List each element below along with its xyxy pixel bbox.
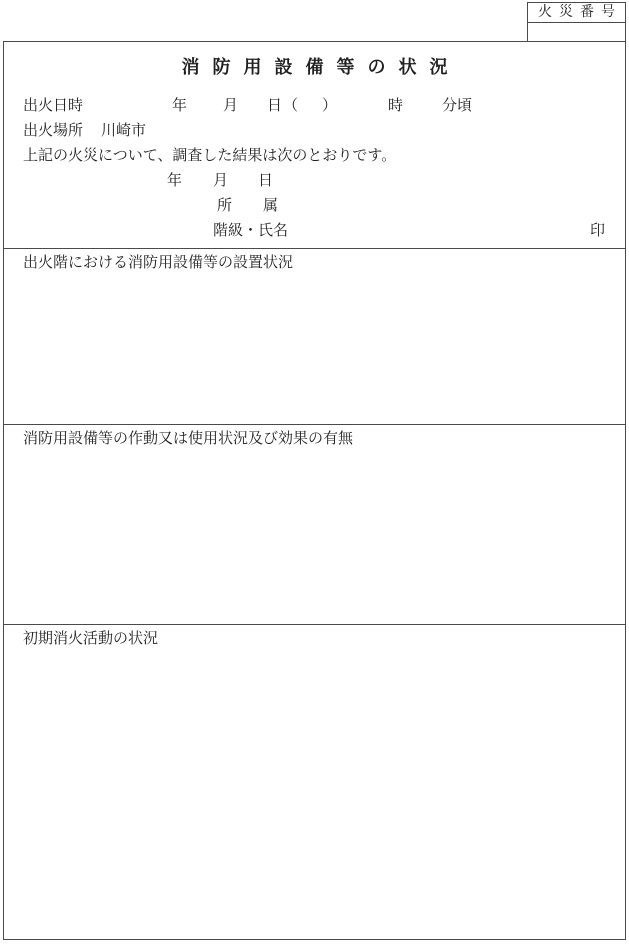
report-date-row: 年 月 日 [4, 169, 625, 194]
weekday-paren-close: ） [322, 94, 337, 119]
fire-location-value: 川崎市 [101, 119, 146, 144]
seal-mark: 印 [590, 219, 605, 244]
report-month-label: 月 [213, 169, 228, 194]
minute-unit-label: 分頃 [442, 94, 472, 119]
affiliation-label-right: 属 [263, 194, 278, 219]
report-year-label: 年 [167, 169, 182, 194]
form-frame: 消防用設備等の状況 出火日時 年 月 日 （ ） 時 分頃 出火場所 川崎市 [3, 41, 626, 940]
statement-row: 上記の火災について、調査した結果は次のとおりです。 [4, 144, 625, 169]
statement-text: 上記の火災について、調査した結果は次のとおりです。 [23, 148, 396, 164]
rank-name-row: 階級・氏名 印 [4, 219, 625, 244]
section-initial-firefighting-body [5, 651, 624, 938]
year-unit-label: 年 [172, 94, 187, 119]
fire-number-value-field [528, 23, 625, 41]
section-equipment-operation-body [5, 451, 624, 623]
section-initial-firefighting: 初期消火活動の状況 [4, 624, 625, 939]
section-equipment-installation-label: 出火階における消防用設備等の設置状況 [4, 249, 625, 274]
form-header: 消防用設備等の状況 出火日時 年 月 日 （ ） 時 分頃 出火場所 川崎市 [4, 42, 625, 248]
rank-name-label: 階級・氏名 [213, 219, 288, 244]
form-title: 消防用設備等の状況 [4, 42, 625, 80]
section-equipment-installation: 出火階における消防用設備等の設置状況 [4, 248, 625, 424]
fire-datetime-label: 出火日時 [23, 94, 83, 119]
month-unit-label: 月 [223, 94, 238, 119]
fire-number-label: 火災番号 [528, 3, 625, 23]
fire-number-box: 火災番号 [527, 2, 626, 42]
report-day-label: 日 [258, 169, 273, 194]
fire-datetime-row: 出火日時 年 月 日 （ ） 時 分頃 [4, 94, 625, 119]
affiliation-row: 所 属 [4, 194, 625, 219]
weekday-paren-open: （ [283, 94, 298, 119]
fire-report-form-page: 火災番号 消防用設備等の状況 出火日時 年 月 日 （ ） 時 分頃 出火場所 [0, 0, 629, 948]
section-equipment-installation-body [5, 275, 624, 423]
section-initial-firefighting-label: 初期消火活動の状況 [4, 625, 625, 650]
hour-unit-label: 時 [388, 94, 403, 119]
header-rows: 出火日時 年 月 日 （ ） 時 分頃 出火場所 川崎市 上記の火災について、調… [4, 94, 625, 244]
fire-location-row: 出火場所 川崎市 [4, 119, 625, 144]
fire-location-label: 出火場所 [23, 119, 83, 144]
affiliation-label-left: 所 [217, 194, 232, 219]
day-unit-label: 日 [267, 94, 282, 119]
section-equipment-operation: 消防用設備等の作動又は使用状況及び効果の有無 [4, 424, 625, 624]
section-equipment-operation-label: 消防用設備等の作動又は使用状況及び効果の有無 [4, 425, 625, 450]
